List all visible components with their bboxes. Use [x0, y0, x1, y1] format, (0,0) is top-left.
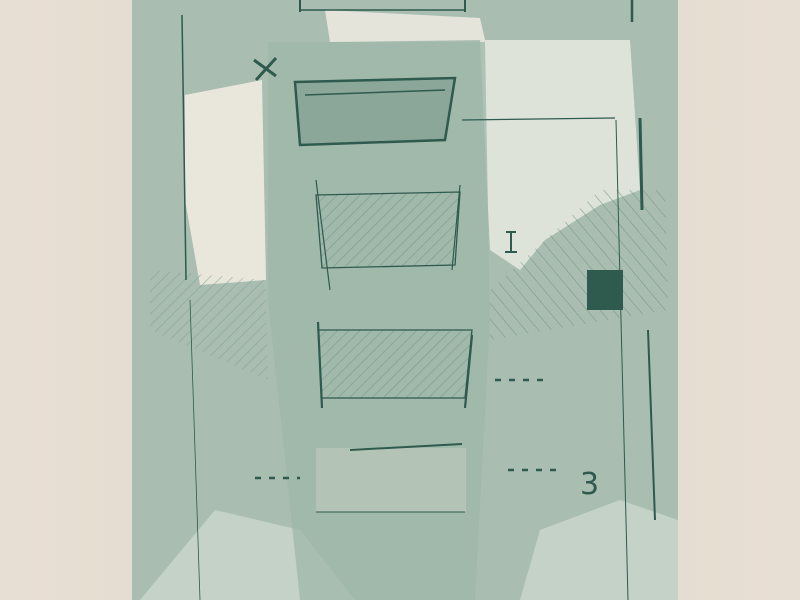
- reserve-left: [185, 80, 266, 285]
- etching-plate: 3: [0, 0, 800, 600]
- box-1: [295, 78, 455, 145]
- dark-square: [587, 270, 623, 310]
- box-3: [318, 322, 472, 408]
- numeral-three: 3: [580, 467, 599, 502]
